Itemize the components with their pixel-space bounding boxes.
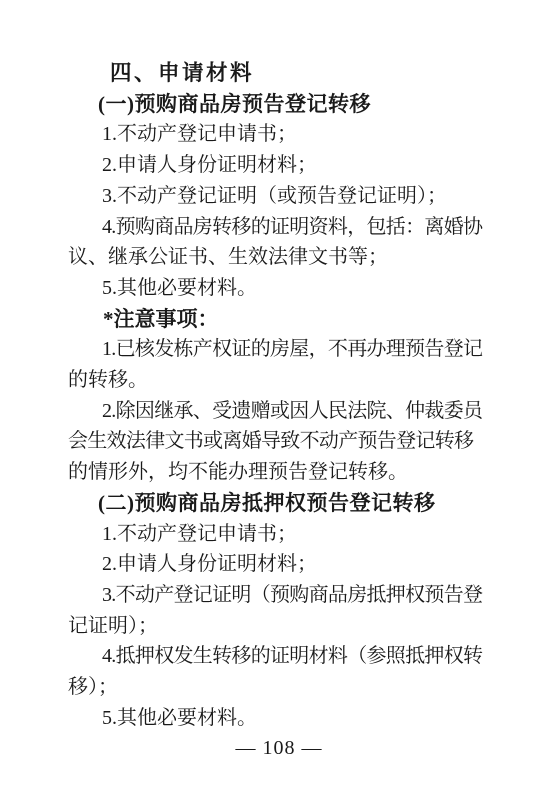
list1-item-3: 3.不动产登记证明（或预告登记证明）； (68, 181, 490, 212)
list2-item-2: 2.申请人身份证明材料； (68, 549, 490, 580)
list2-item-4-continuation: 移）； (68, 672, 490, 703)
section-heading: 四、申请材料 (68, 58, 490, 89)
note-item-1: 1.已核发栋产权证的房屋，不再办理预告登记 (68, 334, 490, 365)
list2-item-4: 4.抵押权发生转移的证明材料（参照抵押权转 (68, 641, 490, 672)
notes-heading: *注意事项： (68, 304, 490, 335)
list2-item-5: 5.其他必要材料。 (68, 703, 490, 734)
page-number: — 108 — (68, 733, 490, 764)
list2-item-1: 1.不动产登记申请书； (68, 519, 490, 550)
list1-item-5: 5.其他必要材料。 (68, 273, 490, 304)
list2-item-3: 3.不动产登记证明（预购商品房抵押权预告登 (68, 580, 490, 611)
list1-item-2: 2.申请人身份证明材料； (68, 150, 490, 181)
note-item-2-continuation: 会生效法律文书或离婚导致不动产预告登记转移 (68, 426, 490, 457)
subsection-2-heading: (二)预购商品房抵押权预告登记转移 (68, 488, 490, 519)
subsection-1-heading: (一)预购商品房预告登记转移 (68, 89, 490, 120)
note-item-1-continuation: 的转移。 (68, 365, 490, 396)
list2-item-3-continuation: 记证明）； (68, 611, 490, 642)
list1-item-1: 1.不动产登记申请书； (68, 119, 490, 150)
document-page: 四、申请材料 (一)预购商品房预告登记转移 1.不动产登记申请书； 2.申请人身… (0, 0, 559, 793)
note-item-2-continuation-2: 的情形外，均不能办理预告登记转移。 (68, 457, 490, 488)
list1-item-4: 4.预购商品房转移的证明资料，包括：离婚协 (68, 212, 490, 243)
list1-item-4-continuation: 议、继承公证书、生效法律文书等； (68, 242, 490, 273)
document-body: 四、申请材料 (一)预购商品房预告登记转移 1.不动产登记申请书； 2.申请人身… (68, 58, 490, 764)
note-item-2: 2.除因继承、受遗赠或因人民法院、仲裁委员 (68, 396, 490, 427)
